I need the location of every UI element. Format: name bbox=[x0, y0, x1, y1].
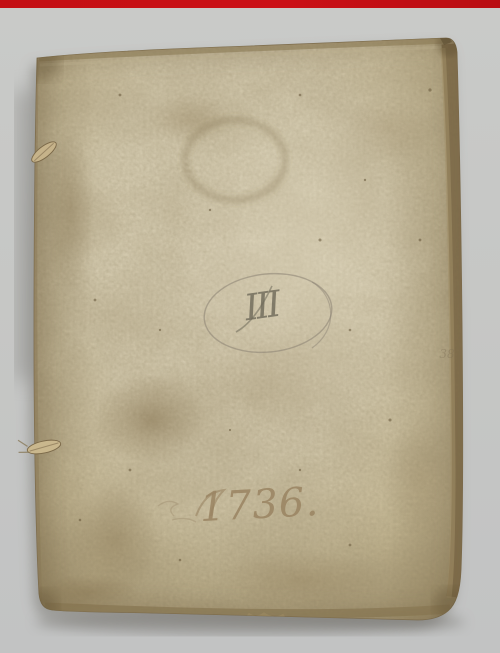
photo-frame: III 1736. 38 bbox=[0, 0, 500, 653]
tie-threads bbox=[16, 439, 29, 455]
faint-number-inscription: 38 bbox=[439, 347, 455, 361]
year-inscription: 1736. bbox=[198, 479, 320, 531]
book-photo: III 1736. 38 bbox=[0, 0, 500, 653]
corner-wear-bottom-right bbox=[434, 588, 466, 620]
corner-wear-top-left bbox=[24, 44, 60, 80]
